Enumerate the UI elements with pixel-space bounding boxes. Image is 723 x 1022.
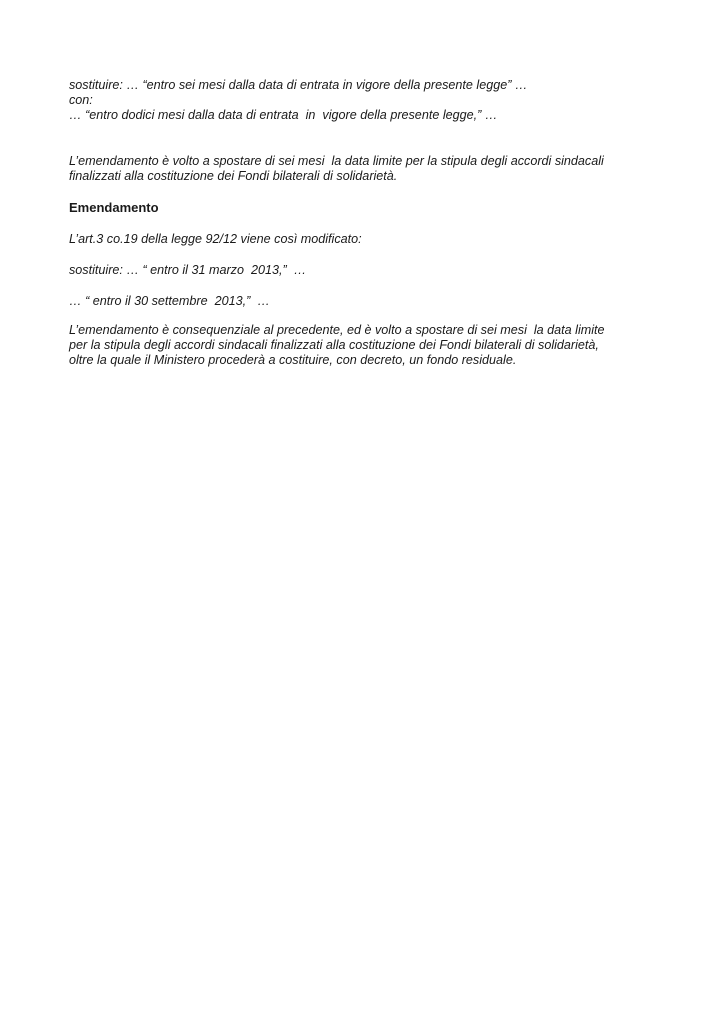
document-page: sostituire: … “entro sei mesi dalla data…: [0, 0, 723, 1022]
section-heading: Emendamento: [69, 200, 159, 215]
explanation2-line-2: per la stipula degli accordi sindacali f…: [69, 338, 599, 353]
explanation2-line-3: oltre la quale il Ministero procederà a …: [69, 353, 516, 368]
explanation-paragraph-line-1: L’emendamento è volto a spostare di sei …: [69, 154, 604, 169]
explanation-paragraph-line-2: finalizzati alla costituzione dei Fondi …: [69, 169, 397, 184]
article-intro: L’art.3 co.19 della legge 92/12 viene co…: [69, 232, 362, 247]
with-label: con:: [69, 93, 93, 108]
replace-to-line: … “ entro il 30 settembre 2013,” …: [69, 294, 270, 309]
replace-from-line: sostituire: … “ entro il 31 marzo 2013,”…: [69, 263, 306, 278]
replacement-text-line: … “entro dodici mesi dalla data di entra…: [69, 108, 497, 123]
explanation2-line-1: L’emendamento è consequenziale al preced…: [69, 323, 605, 338]
replace-instruction-line: sostituire: … “entro sei mesi dalla data…: [69, 78, 528, 93]
